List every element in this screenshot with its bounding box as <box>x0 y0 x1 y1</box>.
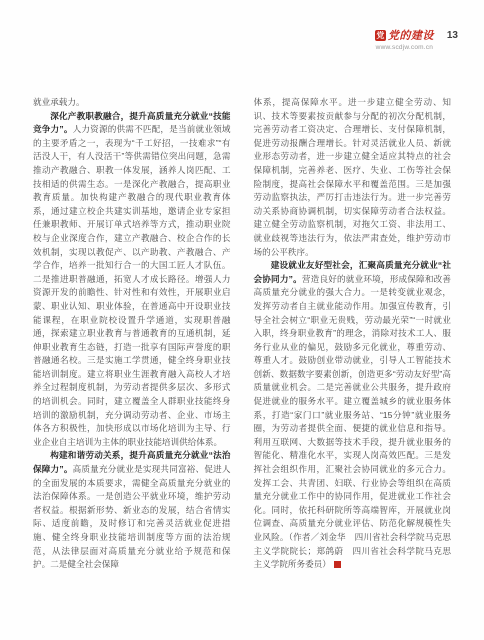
paragraph: 深化产教职教融合，提升高质量充分就业“技能竞争力”。人力资源的供需不匹配，是当前… <box>33 110 231 450</box>
article-body: 就业承载力。深化产教职教融合，提升高质量充分就业“技能竞争力”。人力资源的供需不… <box>33 96 451 572</box>
masthead: 党 党的建设 www.scdjw.com.cn 13 <box>375 27 458 51</box>
journal-logo-row: 党 党的建设 <box>375 27 434 43</box>
brand-seal-icon: 党 <box>375 30 386 41</box>
article-end-mark-icon <box>334 561 341 568</box>
paragraph: 就业承载力。 <box>33 96 231 110</box>
paragraph: 体系，提高保障水平。进一步建立健全劳动、知识、技术等要素按贡献参与分配的初次分配… <box>254 96 452 259</box>
paragraph: 构建和谐劳动关系，提升高质量充分就业“法治保障力”。高质量充分就业是实现共同富裕… <box>33 449 231 571</box>
paragraph-lead: 建设就业友好型社会，汇聚高质量充分就业“社会协同力”。 <box>254 260 452 284</box>
journal-url: www.scdjw.com.cn <box>376 44 433 51</box>
paragraph: 建设就业友好型社会，汇聚高质量充分就业“社会协同力”。营造良好的就业环境，形成保… <box>254 259 452 572</box>
paragraph-lead: 深化产教职教融合，提升高质量充分就业“技能竞争力”。 <box>33 111 231 135</box>
magazine-page: 党 党的建设 www.scdjw.com.cn 13 就业承载力。深化产教职教融… <box>0 0 484 640</box>
paragraph-lead: 构建和谐劳动关系，提升高质量充分就业“法治保障力”。 <box>33 450 231 474</box>
column-left: 就业承载力。深化产教职教融合，提升高质量充分就业“技能竞争力”。人力资源的供需不… <box>33 96 231 572</box>
journal-logo: 党 党的建设 www.scdjw.com.cn <box>375 27 434 51</box>
page-number: 13 <box>447 30 458 41</box>
column-right: 体系，提高保障水平。进一步建立健全劳动、知识、技术等要素按贡献参与分配的初次分配… <box>254 96 452 572</box>
journal-title: 党的建设 <box>388 27 434 43</box>
